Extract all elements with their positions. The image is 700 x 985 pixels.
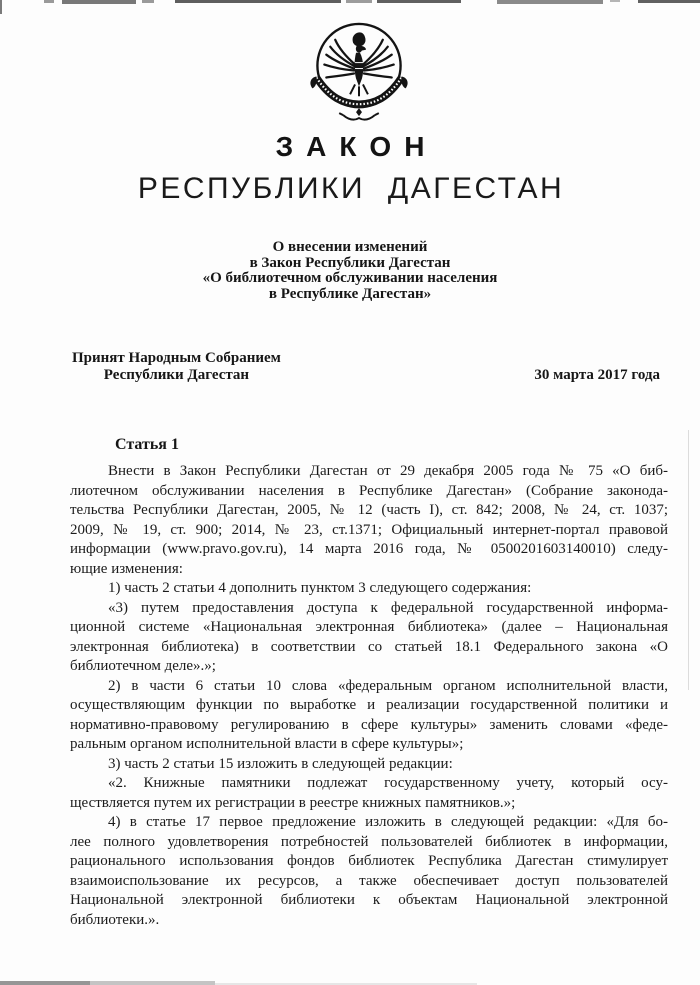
scan-artifact — [346, 0, 372, 3]
scan-artifact — [90, 981, 215, 985]
scan-artifact — [0, 981, 90, 985]
law-title: ЗАКОН — [0, 131, 700, 163]
adopted-by-block: Принят Народным Собранием Республики Даг… — [72, 350, 281, 384]
scan-artifact — [377, 0, 461, 3]
scan-artifact — [44, 0, 54, 3]
scan-artifact — [688, 430, 689, 690]
paragraph: «3) путем предоставления доступа к федер… — [70, 599, 668, 677]
scan-artifact — [142, 0, 154, 3]
scan-artifact — [638, 0, 700, 3]
scan-artifact — [175, 0, 341, 3]
law-subject: О внесении изменений в Закон Республики … — [0, 240, 700, 302]
adoption-date: 30 марта 2017 года — [534, 367, 660, 384]
dagestan-coat-of-arms-icon — [299, 21, 419, 124]
paragraph: 3) часть 2 статьи 15 изложить в следующе… — [70, 755, 668, 775]
scan-artifact — [497, 0, 603, 4]
scan-artifact — [62, 0, 136, 4]
paragraph: 2) в части 6 статьи 10 слова «федеральны… — [70, 677, 668, 755]
republic-title: РЕСПУБЛИКИ ДАГЕСТАН — [0, 172, 700, 206]
paragraph: 1) часть 2 статьи 4 дополнить пунктом 3 … — [70, 579, 668, 599]
paragraph: 4) в статье 17 первое предложение изложи… — [70, 813, 668, 930]
scan-artifact — [0, 0, 2, 14]
article-heading: Статья 1 — [115, 436, 179, 454]
scan-artifact — [610, 0, 620, 2]
scanned-law-page: ЗАКОН РЕСПУБЛИКИ ДАГЕСТАН О внесении изм… — [0, 0, 700, 985]
paragraph: Внести в Закон Республики Дагестан от 29… — [70, 462, 668, 579]
article-body: Внести в Закон Республики Дагестан от 29… — [70, 462, 668, 930]
paragraph: «2. Книжные памятники подлежат государст… — [70, 774, 668, 813]
